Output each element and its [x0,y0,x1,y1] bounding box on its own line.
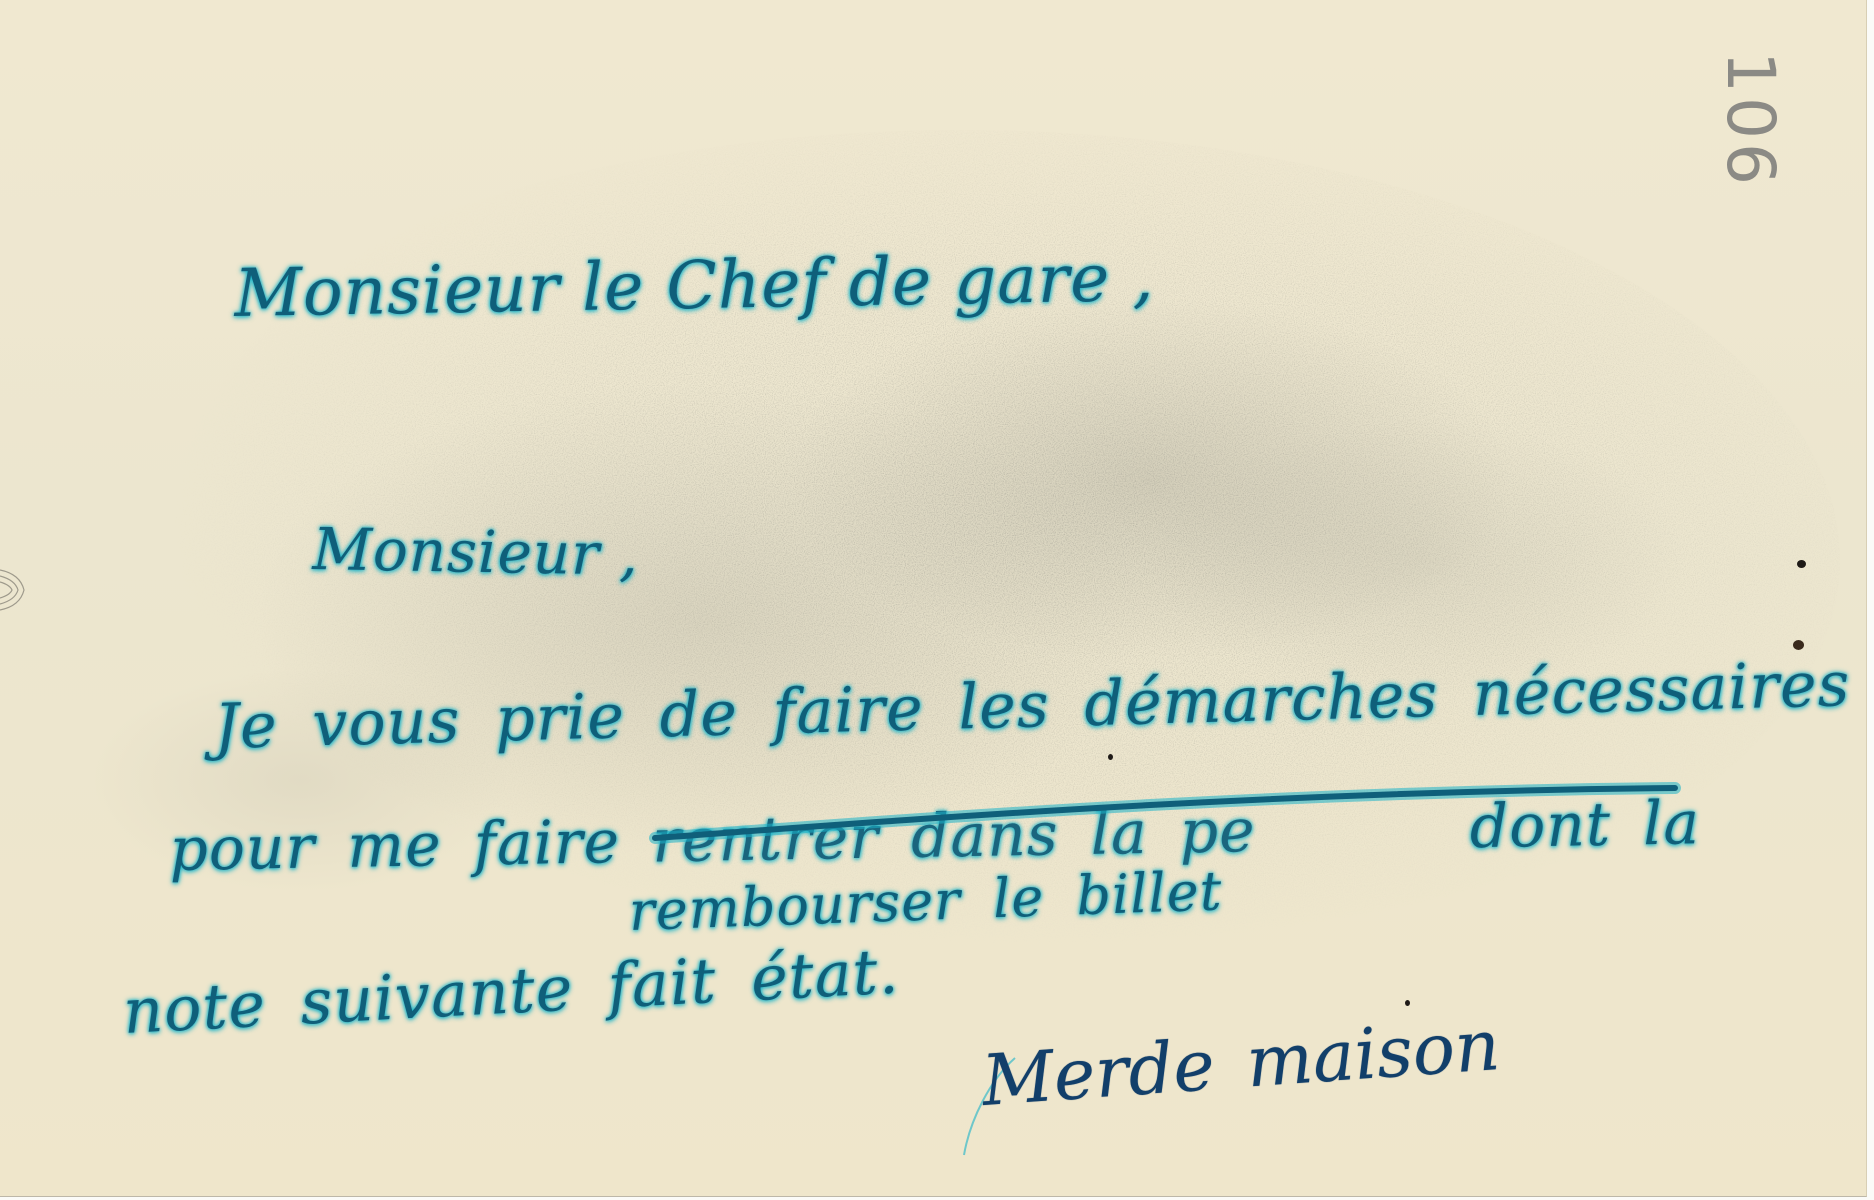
ink-speck [1108,754,1113,760]
fingerprint-smudge [0,560,40,620]
greeting: Monsieur , [312,515,639,589]
strikethrough-line [655,780,1675,840]
ink-speck [1797,560,1806,568]
salutation: Monsieur le Chef de gare , [234,239,1155,332]
ink-speck [1405,1000,1410,1006]
body-line-2-start: pour me faire [169,807,621,885]
archive-number: 106 [1710,50,1790,190]
ink-speck [1793,640,1804,650]
